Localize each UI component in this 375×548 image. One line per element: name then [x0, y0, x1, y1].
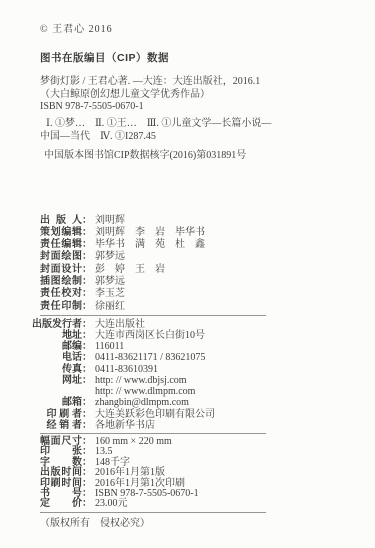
field-label: 邮编 — [32, 341, 82, 352]
cip-title-line: 梦街灯影 / 王君心著. —大连：大连出版社，2016.1 — [40, 76, 355, 89]
field-value: 大连出版社 — [95, 319, 145, 330]
field-value: 毕华书 满 苑 杜 鑫 — [95, 239, 205, 250]
field-label: 邮箱 — [32, 397, 82, 408]
field-value: http: // www.dbjsj.com — [95, 375, 187, 386]
field-label: 经 销 者 — [32, 420, 82, 431]
label-colon: ： — [82, 251, 92, 262]
field-label: 策划编辑 — [40, 227, 82, 239]
credit-row: 插图绘制：郭梦远 — [40, 276, 355, 288]
field-label: 定价 — [40, 499, 82, 509]
label-colon: ： — [82, 397, 92, 408]
field-label: 插图绘制 — [40, 276, 82, 288]
field-value: 刘明辉 — [95, 215, 125, 226]
label-colon: ： — [82, 478, 92, 489]
field-label: 传真 — [32, 364, 82, 375]
field-value: 0411-83610391 — [95, 364, 158, 375]
field-label: 封面设计 — [40, 264, 82, 276]
contact-row: 电话：0411-83621171 / 83621075 — [32, 352, 355, 363]
label-colon: ： — [82, 215, 92, 226]
label-colon: ： — [82, 467, 92, 478]
section-divider — [40, 315, 266, 316]
copyright-line: © 王君心 2016 — [40, 24, 355, 36]
label-colon: ： — [82, 352, 92, 363]
contact-row: 网址：http: // www.dbjsj.com — [32, 375, 355, 386]
print-spec-section: 幅面尺寸：160 mm × 220 mm印张：13.5字数：148千字出版时间：… — [40, 437, 355, 510]
credit-row: 责任印制：徐丽红 — [40, 301, 355, 313]
field-label: 出版时间 — [40, 468, 82, 478]
label-colon: ： — [82, 446, 92, 457]
credit-row: 封面设计：彭 婷 王 岩 — [40, 264, 355, 276]
field-label: 责任印制 — [40, 301, 82, 313]
field-label: 封面绘图 — [40, 251, 82, 263]
field-value: 郭梦远 — [95, 276, 125, 287]
contact-row: 邮编：116011 — [32, 341, 355, 352]
credit-row: 出版人：刘明辉 — [40, 215, 355, 227]
section-divider — [40, 512, 266, 513]
contact-row: 地址：大连市西岗区长白街10号 — [32, 330, 355, 341]
field-label: 地址 — [32, 330, 82, 341]
label-colon: ： — [82, 375, 92, 386]
label-colon: ： — [82, 319, 92, 330]
field-label: 责任校对 — [40, 288, 82, 300]
label-colon: ： — [82, 341, 92, 352]
credit-row: 策划编辑：刘明辉 李 岩 毕华书 — [40, 227, 355, 239]
field-value: 116011 — [95, 341, 124, 352]
cip-description-block: 梦街灯影 / 王君心著. —大连：大连出版社，2016.1 （大白鲸原创幻想儿童… — [40, 76, 355, 114]
credit-row: 责任校对：李玉芝 — [40, 288, 355, 300]
field-value: 刘明辉 李 岩 毕华书 — [95, 227, 205, 238]
field-value: 23.00元 — [95, 498, 128, 509]
label-colon: ： — [82, 288, 92, 299]
label-colon: ： — [82, 301, 92, 312]
field-label: 网址 — [32, 375, 82, 386]
colophon-page: © 王君心 2016 图书在版编目（CIP）数据 梦街灯影 / 王君心著. —大… — [0, 0, 375, 548]
field-value: 大连美跃彩色印刷有限公司 — [95, 409, 215, 420]
label-colon — [82, 386, 92, 397]
field-label: 出版发行者 — [32, 319, 82, 330]
contact-row: 印 刷 者：大连美跃彩色印刷有限公司 — [32, 409, 355, 420]
label-colon: ： — [82, 498, 92, 509]
classification-line-2: 中国—当代 Ⅳ. ①I287.45 — [40, 130, 355, 143]
contact-row: 邮箱：zhangbin@dlmpm.com — [32, 397, 355, 408]
label-colon: ： — [82, 264, 92, 275]
classification-line-1: Ⅰ. ①梦… Ⅱ. ①王… Ⅲ. ①儿童文学—长篇小说— — [40, 117, 355, 130]
section-divider — [40, 433, 266, 434]
cip-heading: 图书在版编目（CIP）数据 — [40, 52, 355, 64]
field-value: 各地新华书店 — [95, 420, 155, 431]
label-colon: ： — [82, 420, 92, 431]
field-label: 出版人 — [40, 215, 82, 227]
label-colon: ： — [82, 227, 92, 238]
label-colon: ： — [82, 330, 92, 341]
credit-row: 责任编辑：毕华书 满 苑 杜 鑫 — [40, 239, 355, 251]
field-value: 2016年1月第1次印刷 — [95, 478, 185, 489]
field-value: 徐丽红 — [95, 301, 125, 312]
label-colon: ： — [82, 364, 92, 375]
contact-row: http: // www.dlmpm.com — [32, 386, 355, 397]
field-value: 大连市西岗区长白街10号 — [95, 330, 205, 341]
spec-row: 定价：23.00元 — [40, 499, 355, 509]
publisher-contact-section: 出版发行者：大连出版社地址：大连市西岗区长白街10号邮编：116011电话：04… — [32, 319, 355, 431]
copyright-notice: （版权所有 侵权必究） — [40, 518, 355, 530]
field-value: zhangbin@dlmpm.com — [95, 397, 189, 408]
contact-row: 出版发行者：大连出版社 — [32, 319, 355, 330]
field-value: 郭梦远 — [95, 251, 125, 262]
field-value: 彭 婷 王 岩 — [95, 264, 165, 275]
contact-row: 经 销 者：各地新华书店 — [32, 420, 355, 431]
field-value: http: // www.dlmpm.com — [95, 386, 195, 397]
cip-classification-block: Ⅰ. ①梦… Ⅱ. ①王… Ⅲ. ①儿童文学—长篇小说— 中国—当代 Ⅳ. ①I… — [40, 117, 355, 143]
label-colon: ： — [82, 239, 92, 250]
cip-isbn-line: ISBN 978-7-5505-0670-1 — [40, 101, 355, 114]
cip-series-line: （大白鲸原创幻想儿童文学优秀作品） — [40, 89, 355, 102]
field-value: 2016年1月第1版 — [95, 467, 165, 478]
field-label: 电话 — [32, 352, 82, 363]
label-colon: ： — [82, 409, 92, 420]
label-colon: ： — [82, 276, 92, 287]
field-label: 责任编辑 — [40, 239, 82, 251]
field-value: 0411-83621171 / 83621075 — [95, 352, 205, 363]
contact-row: 传真：0411-83610391 — [32, 364, 355, 375]
cip-record-number: 中国版本图书馆CIP数据核字(2016)第031891号 — [40, 150, 355, 162]
field-value: 李玉芝 — [95, 288, 125, 299]
credit-row: 封面绘图：郭梦远 — [40, 251, 355, 263]
credits-section: 出版人：刘明辉策划编辑：刘明辉 李 岩 毕华书责任编辑：毕华书 满 苑 杜 鑫封… — [40, 215, 355, 313]
field-label: 印 刷 者 — [32, 409, 82, 420]
field-value: 13.5 — [95, 446, 113, 457]
